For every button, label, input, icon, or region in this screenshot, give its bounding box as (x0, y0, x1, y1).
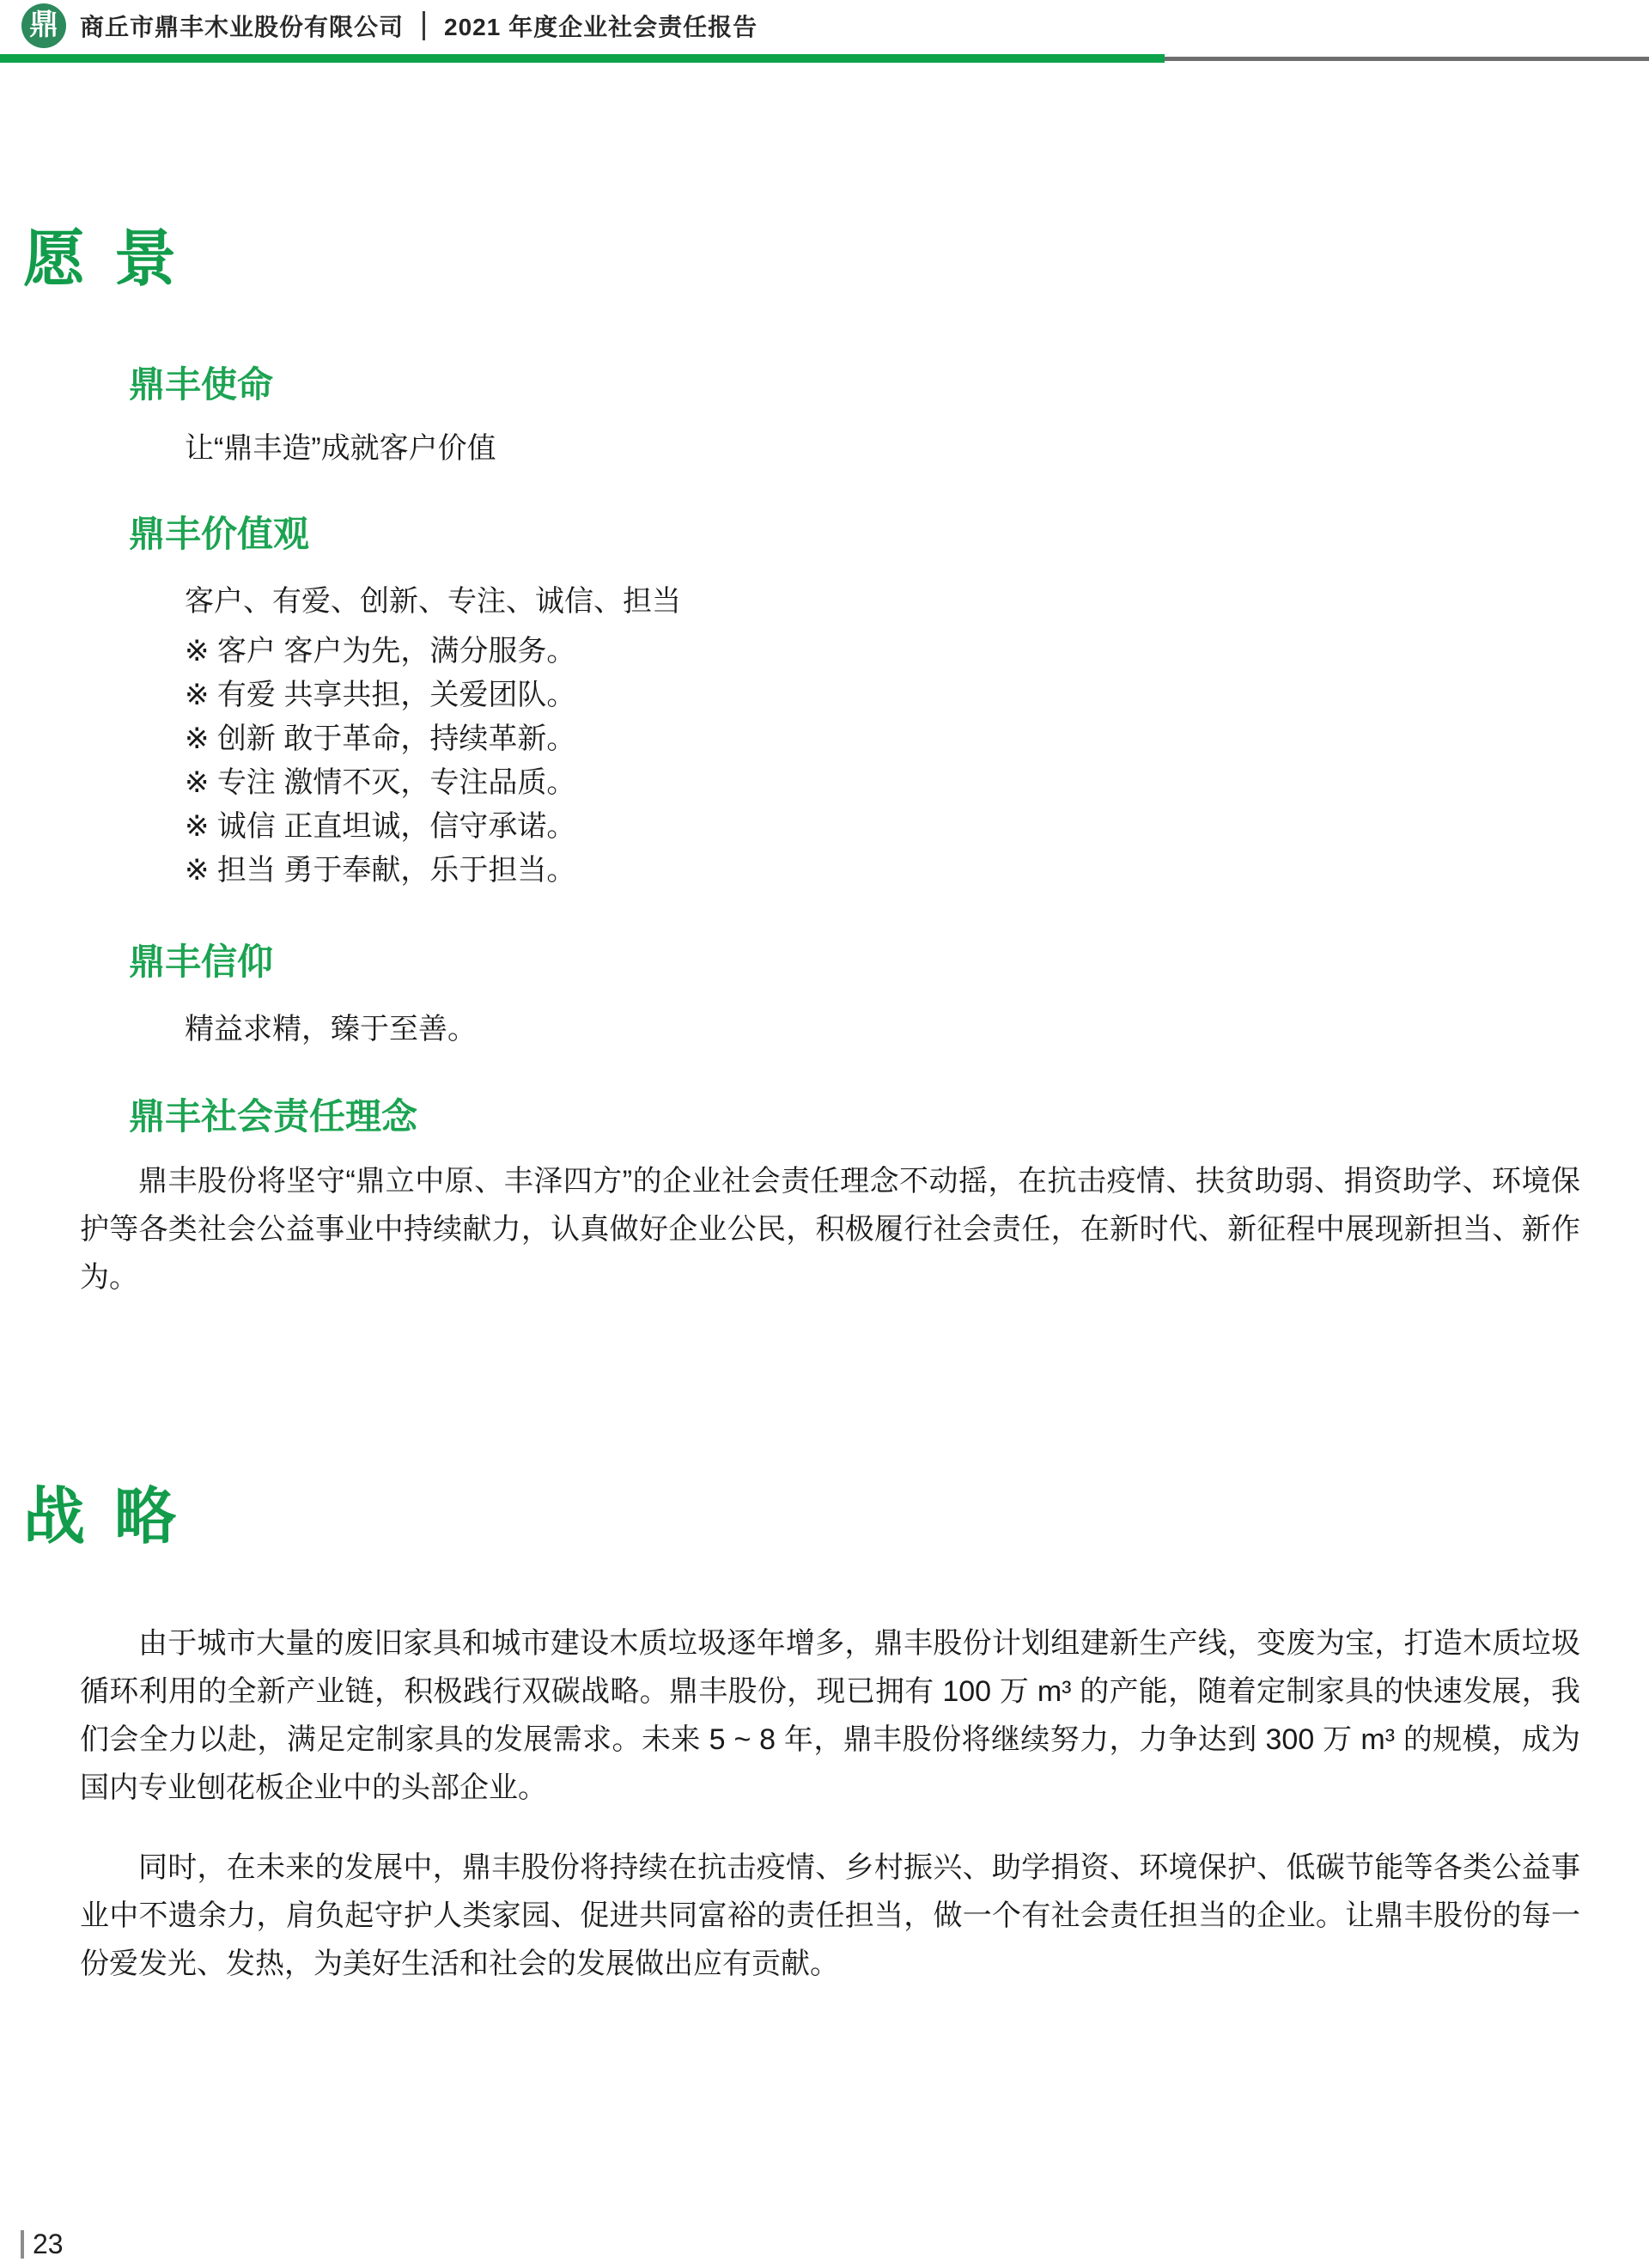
mission-heading: 鼎丰使命 (129, 364, 273, 405)
values-list-item: ※ 诚信 正直坦诚，信守承诺。 (185, 805, 575, 849)
values-list-item: ※ 担当 勇于奉献，乐于担当。 (185, 849, 575, 893)
belief-heading: 鼎丰信仰 (129, 942, 273, 983)
header-company-name: 商丘市鼎丰木业股份有限公司 (80, 9, 404, 43)
values-list: ※ 客户 客户为先，满分服务。 ※ 有爱 共享共担，关爱团队。 ※ 创新 敢于革… (185, 630, 575, 893)
logo-glyph: 鼎 (29, 10, 58, 40)
values-list-item: ※ 客户 客户为先，满分服务。 (185, 630, 575, 674)
mission-body: 让“鼎丰造”成就客户价值 (185, 430, 496, 467)
values-intro: 客户、有爱、创新、专注、诚信、担当 (185, 582, 681, 620)
page-number: 23 (33, 2228, 64, 2259)
header-rule-green (0, 54, 1165, 63)
header-report-title: 2021 年度企业社会责任报告 (444, 9, 758, 43)
values-list-item: ※ 有爱 共享共担，关爱团队。 (185, 674, 575, 717)
vision-section-title: 愿 景 (23, 225, 178, 294)
strategy-section-title: 战 略 (23, 1483, 178, 1552)
values-heading: 鼎丰价值观 (129, 514, 309, 555)
csr-heading: 鼎丰社会责任理念 (129, 1096, 417, 1137)
page-number-bar (21, 2230, 24, 2259)
strategy-paragraph-1: 由于城市大量的废旧家具和城市建设木质垃圾逐年增多，鼎丰股份计划组建新生产线，变废… (80, 1619, 1580, 1812)
strategy-paragraph-2: 同时，在未来的发展中，鼎丰股份将持续在抗击疫情、乡村振兴、助学捐资、环境保护、低… (80, 1844, 1580, 1988)
belief-body: 精益求精，臻于至善。 (185, 1010, 477, 1048)
csr-paragraph: 鼎丰股份将坚守“鼎立中原、丰泽四方”的企业社会责任理念不动摇，在抗击疫情、扶贫助… (80, 1157, 1580, 1302)
page-header: 鼎 商丘市鼎丰木业股份有限公司 2021 年度企业社会责任报告 (21, 2, 758, 50)
header-rule-gray (1165, 57, 1649, 61)
company-logo-icon: 鼎 (21, 3, 66, 48)
values-list-item: ※ 专注 激情不灭，专注品质。 (185, 761, 575, 805)
values-list-item: ※ 创新 敢于革命，持续革新。 (185, 717, 575, 761)
header-divider (423, 11, 425, 40)
